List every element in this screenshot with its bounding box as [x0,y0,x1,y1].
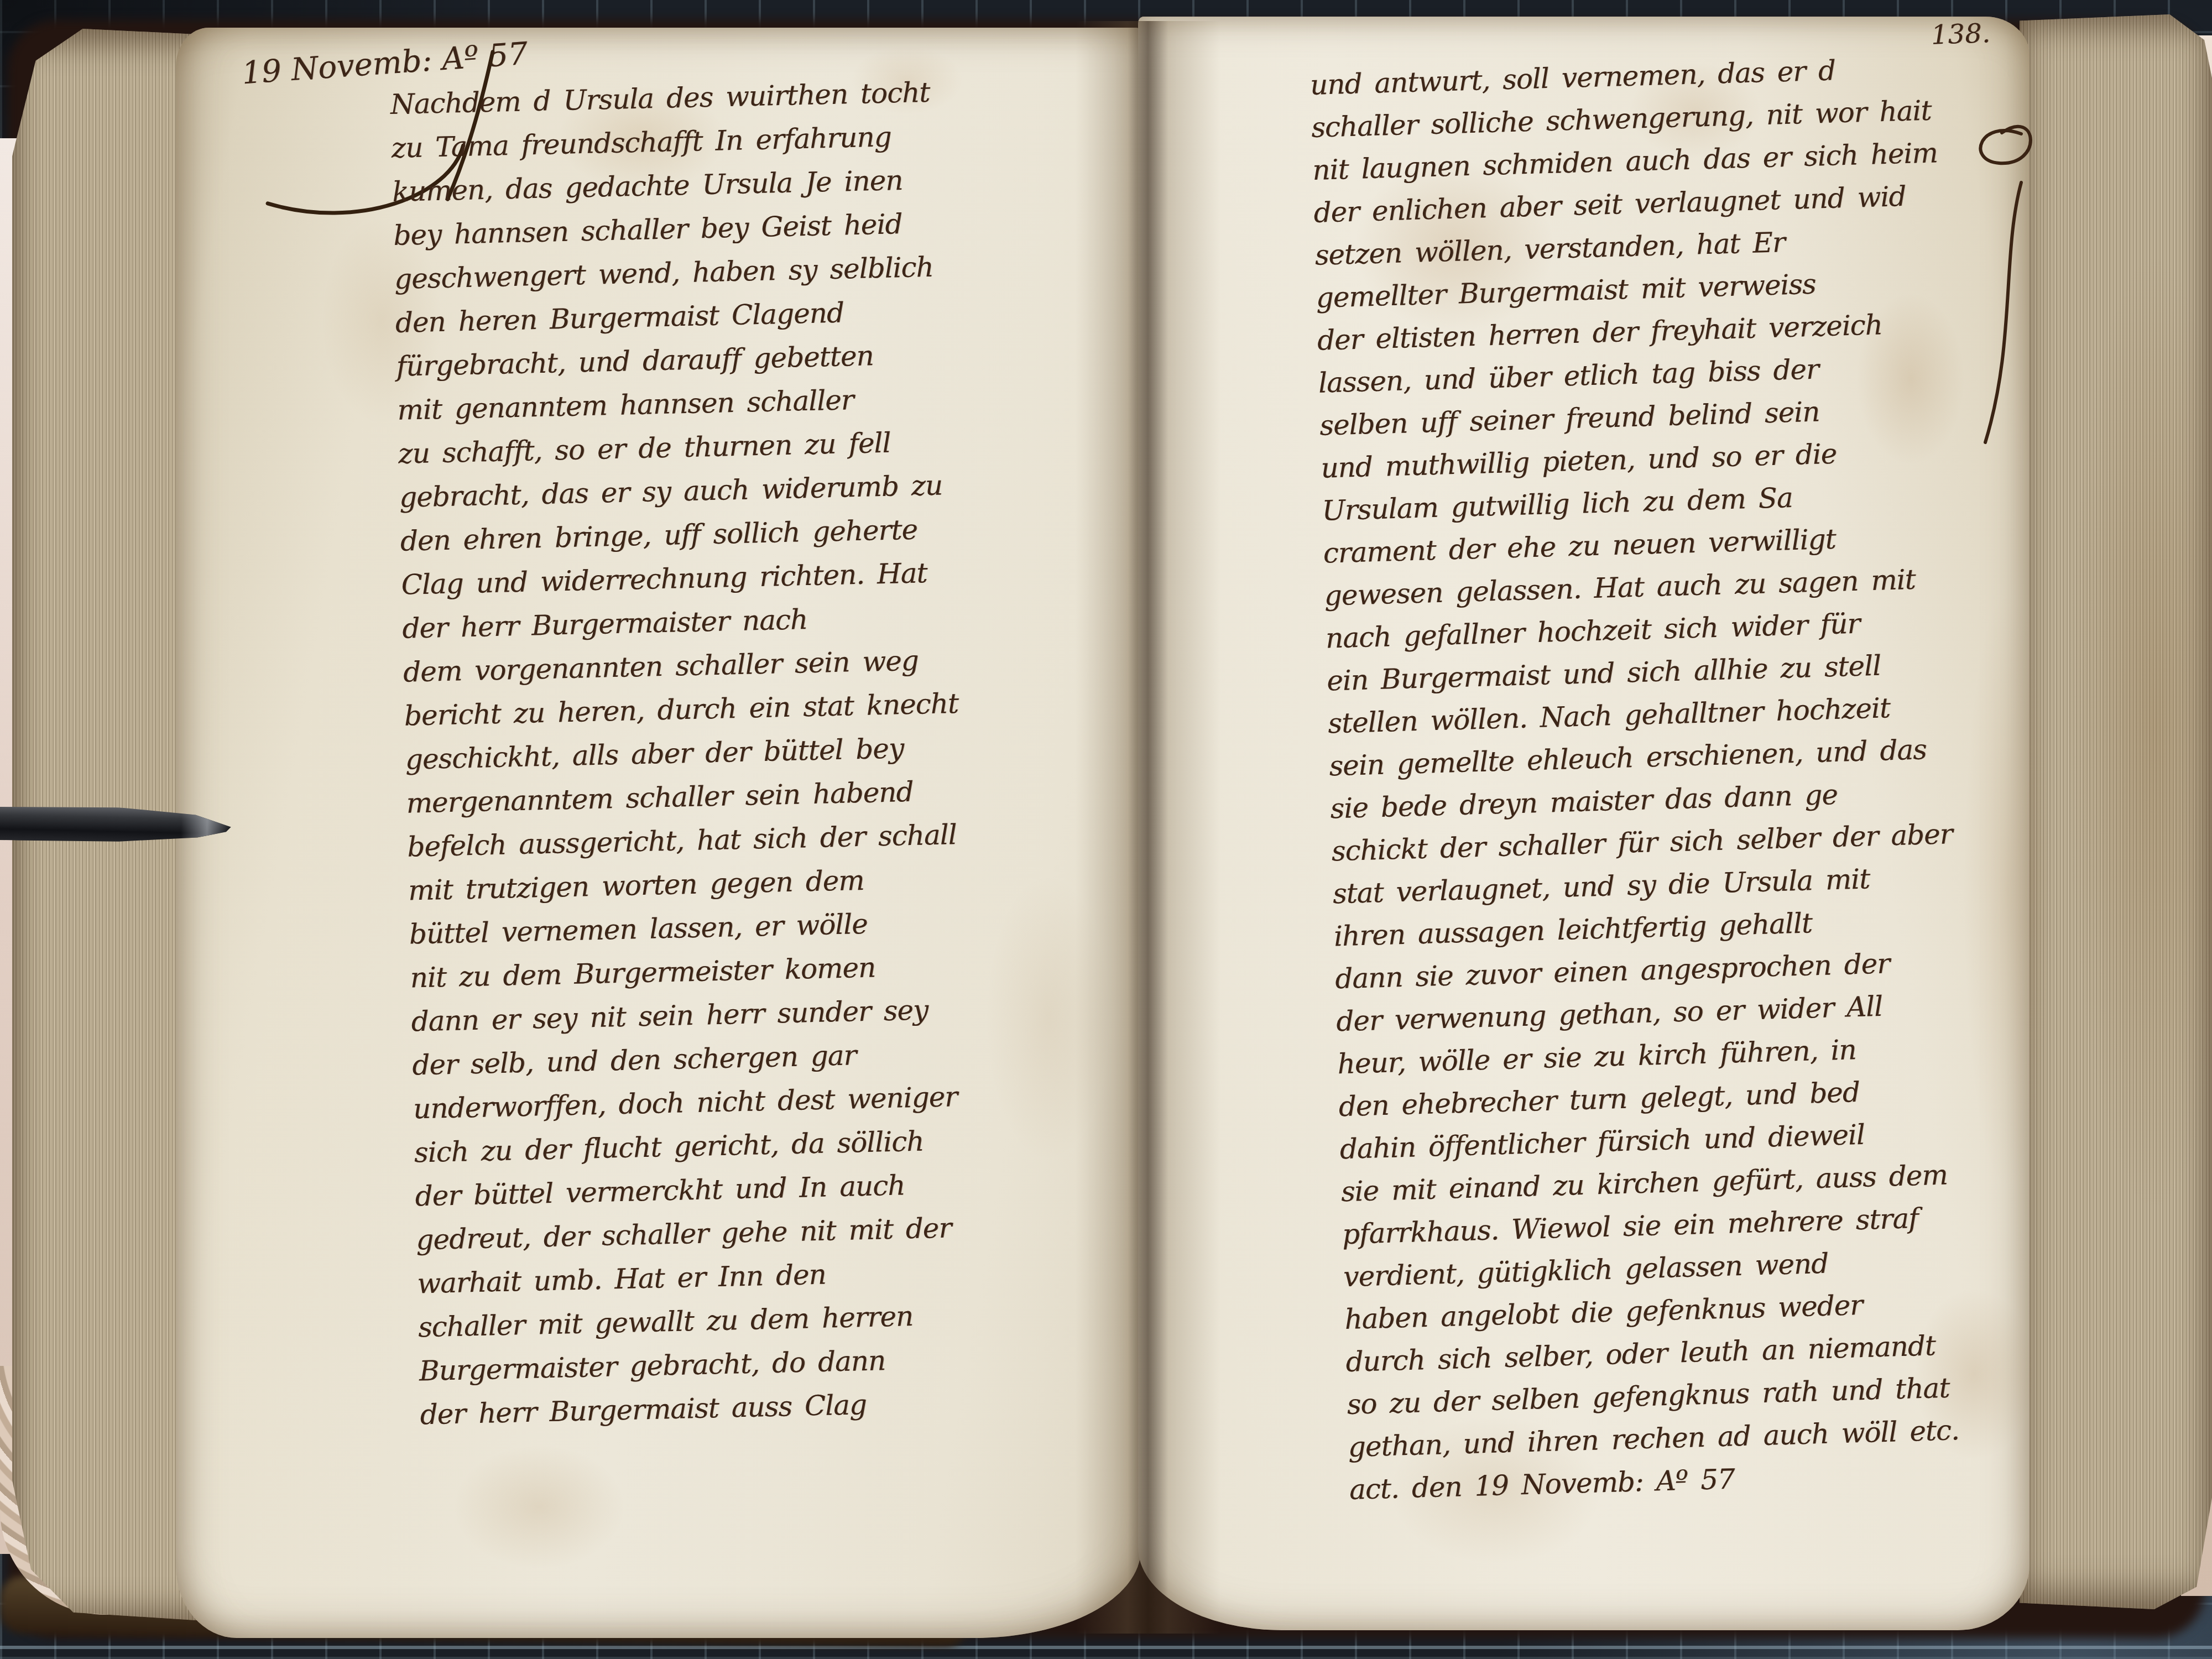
manuscript-photograph: 19 Novemb: Aº 57 138. Nachdem d Ursula d… [0,0,2212,1659]
flourish-icon [1919,100,2052,465]
left-page-text: Nachdem d Ursula des wuirthen tochtzu Ta… [390,66,1156,1437]
mat-grid-line [0,1646,2212,1649]
